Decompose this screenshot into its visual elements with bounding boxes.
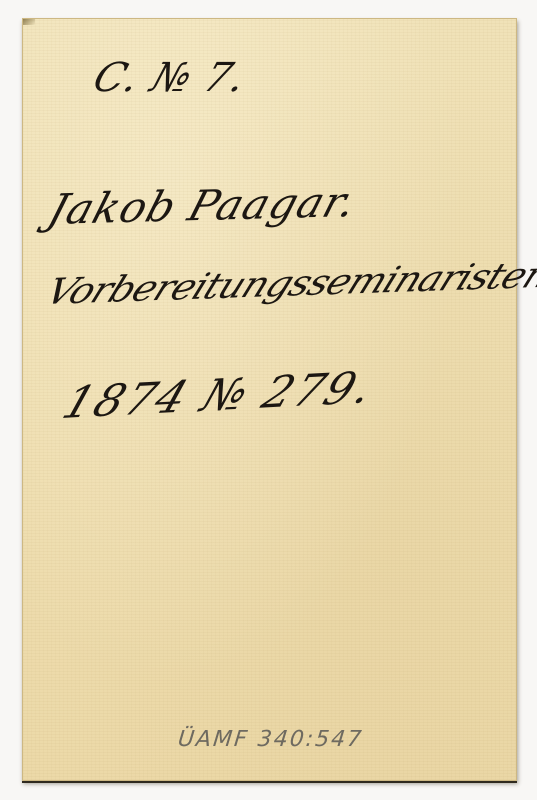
archive-reference-label: ÜAMF 340:547 [177,727,365,752]
handwritten-catalog-number: C. № 7. [88,55,253,101]
handwritten-person-name: Jakob Paagar. [43,177,363,234]
scan-background: C. № 7. Jakob Paagar. Vorbereitungssemin… [0,0,537,800]
corner-wear-mark [23,19,35,25]
